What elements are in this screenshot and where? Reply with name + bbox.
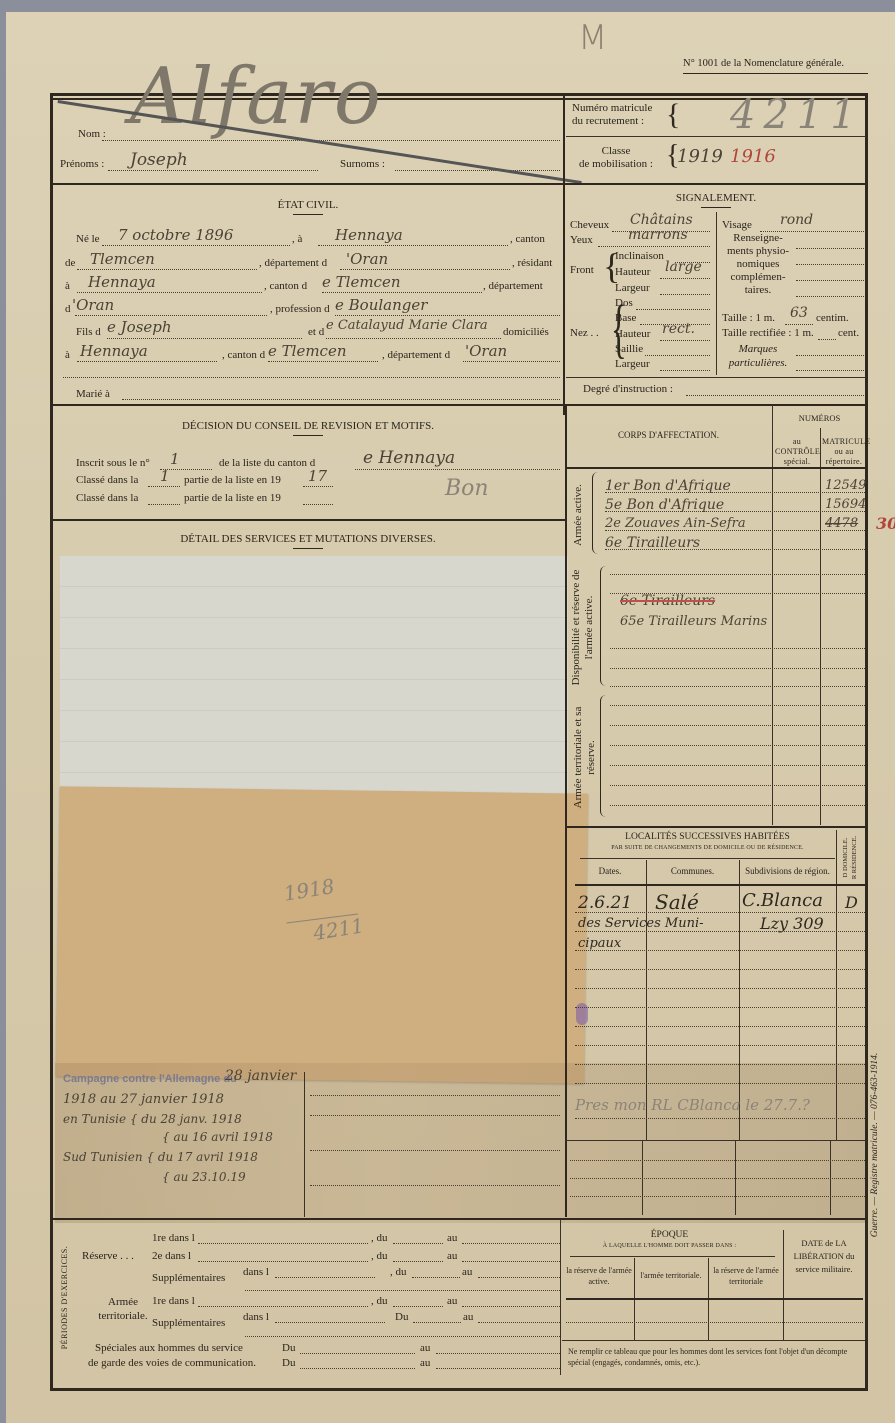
signalement-title: SIGNALEMENT. xyxy=(566,192,866,208)
nomenclature-label: N° 1001 de la Nomenclature générale. xyxy=(683,58,844,69)
du-field[interactable] xyxy=(393,1261,443,1262)
profession-value: e Boulanger xyxy=(335,296,427,314)
dr-header: D DOMICILE. R RÉSIDENCE. xyxy=(841,835,859,880)
reserve-corps-0: 6e Tirailleurs xyxy=(620,593,715,609)
ne-le-value: 7 octobre 1896 xyxy=(118,226,233,244)
degre-field[interactable] xyxy=(686,395,864,396)
degre-rule xyxy=(566,377,866,378)
localites-row-rule xyxy=(575,1083,865,1084)
res-dept-label: , département xyxy=(483,280,543,292)
surnoms-field[interactable] xyxy=(395,170,560,171)
reserve-deuxieme-field[interactable] xyxy=(198,1261,368,1262)
localites-row-rule xyxy=(575,950,865,951)
au-label: au xyxy=(463,1311,473,1323)
du-field[interactable] xyxy=(413,1322,461,1323)
decision-title: DÉCISION DU CONSEIL DE REVISION ET MOTIF… xyxy=(53,420,563,436)
reserve-corps-1: 65e Tirailleurs Marins xyxy=(620,614,767,629)
corps-row-rule xyxy=(610,593,865,594)
corps-row-rule xyxy=(610,574,865,575)
campagne-line-0: 28 janvier xyxy=(225,1068,296,1084)
lieu-naissance-value: Hennaya xyxy=(335,226,403,244)
localites-row-rule xyxy=(575,969,865,970)
campagne-line-2: en Tunisie { du 28 janv. 1918 xyxy=(63,1112,242,1126)
dept-label: , département d xyxy=(259,257,327,269)
speciales-label-2: de garde des voies de communication. xyxy=(88,1357,256,1369)
armee-terr-label: Armée territoriale. xyxy=(88,1295,158,1323)
services-title: DÉTAIL DES SERVICES ET MUTATIONS DIVERSE… xyxy=(53,533,563,549)
campagne-line-3: { au 16 avril 1918 xyxy=(162,1130,273,1144)
active-matricule-2-red: 30 xyxy=(876,514,895,533)
classe1-value: 1 xyxy=(160,467,170,485)
services-field[interactable] xyxy=(310,1095,560,1096)
pere-value: e Joseph xyxy=(107,318,172,336)
speciales-label-1: Spéciales aux hommes du service xyxy=(95,1342,243,1354)
campagne-line-1: 1918 au 27 janvier 1918 xyxy=(63,1092,224,1107)
du-field[interactable] xyxy=(300,1353,415,1354)
section-rule xyxy=(53,519,565,521)
res-canton-field[interactable] xyxy=(322,292,482,293)
localites-row-rule xyxy=(575,1007,865,1008)
supp-dans-label: dans l xyxy=(243,1266,269,1278)
epoque-title: ÉPOQUE xyxy=(562,1230,777,1240)
localites-row-rule xyxy=(575,1045,865,1046)
section-rule xyxy=(53,404,865,406)
corps-row-rule xyxy=(605,511,865,512)
reserve-label: Réserve . . . xyxy=(82,1250,134,1262)
dom-canton-field[interactable] xyxy=(268,361,378,362)
bracket-icon xyxy=(600,695,607,817)
attached-note-handwritten xyxy=(60,556,568,814)
au-field[interactable] xyxy=(436,1368,560,1369)
canton-de-label: de xyxy=(65,257,75,269)
front-hauteur-field[interactable] xyxy=(660,278,710,279)
taille-value: 63 xyxy=(790,305,808,321)
localites-header-rule xyxy=(575,884,865,886)
epoque-subtitle-rule xyxy=(570,1256,775,1257)
corps-row-rule xyxy=(610,785,865,786)
nez-hauteur-field[interactable] xyxy=(660,340,710,341)
dept-value: 'Oran xyxy=(346,250,388,268)
reserve-premier-field[interactable] xyxy=(198,1243,368,1244)
nez-hauteur-label: Hauteur xyxy=(615,328,650,340)
matricule-header: MATRICULE ou au répertoire. xyxy=(822,437,866,467)
localites-row-rule xyxy=(570,1196,865,1197)
bracket-icon xyxy=(600,566,607,686)
corps-row-rule xyxy=(605,492,865,493)
date-col-divider xyxy=(783,1230,784,1340)
dom-value: Hennaya xyxy=(80,342,148,360)
archive-mark: M xyxy=(578,18,607,58)
attached-note-year: 1918 xyxy=(282,874,336,906)
footer-imprint: Guerre. — Registre matricule. — 076-463-… xyxy=(870,980,880,1310)
inscrit-label: Inscrit sous le n° xyxy=(76,457,150,469)
pere-field[interactable] xyxy=(107,338,302,339)
mere-value: e Catalayud Marie Clara xyxy=(326,318,488,333)
taille-label: Taille : 1 m. xyxy=(722,312,775,324)
corps-row-rule xyxy=(610,668,865,669)
localites-row-rule xyxy=(575,1064,865,1065)
du-field[interactable] xyxy=(393,1243,443,1244)
liste-canton-label: de la liste du canton d xyxy=(219,457,315,469)
exercices-side-label: PÉRIODES D'EXERCICES. xyxy=(60,1230,69,1365)
classe1-field[interactable] xyxy=(148,486,180,487)
terr-premier-field[interactable] xyxy=(198,1306,368,1307)
prenoms-field[interactable] xyxy=(108,170,318,171)
epoque-col3: la réserve de l'armée territoriale xyxy=(710,1265,782,1287)
localite-date-2: cipaux xyxy=(578,936,621,951)
services-field[interactable] xyxy=(310,1185,560,1186)
nez-largeur-field[interactable] xyxy=(660,370,710,371)
corps-row-rule xyxy=(610,705,865,706)
etat-civil-title: ÉTAT CIVIL. xyxy=(53,199,563,215)
localites-subtitle: PAR SUITE DE CHANGEMENTS DE DOMICILE OU … xyxy=(580,845,835,851)
localite-commune-0: Salé xyxy=(655,890,699,914)
liste-canton-field[interactable] xyxy=(355,469,560,470)
corps-row-rule xyxy=(605,530,865,531)
front-inclinaison-label: Inclinaison xyxy=(615,250,664,262)
matricule-label: Numéro matricule du recrutement : xyxy=(572,102,652,128)
nom-value: Alfaro xyxy=(130,52,383,142)
localites-top-rule xyxy=(566,826,866,828)
nez-dos-label: Dos xyxy=(615,297,633,309)
terr-supplementaires: Supplémentaires xyxy=(152,1317,225,1329)
cheveux-label: Cheveux xyxy=(570,219,609,231)
yeux-label: Yeux xyxy=(570,234,593,246)
classe-value-red: 1916 xyxy=(730,146,776,167)
res-canton-label: , canton d xyxy=(264,280,307,292)
renseignements-field-1[interactable] xyxy=(796,248,864,249)
epoque-col1: la réserve de l'armée active. xyxy=(566,1265,632,1287)
epoque-header-rule xyxy=(566,1298,863,1300)
du-label: Du xyxy=(395,1311,408,1323)
corps-row-rule xyxy=(605,549,865,550)
date-header: DATE de LA LIBÉRATION du service militai… xyxy=(785,1237,863,1276)
epoque-note: Ne remplir ce tableau que pour les homme… xyxy=(568,1346,863,1368)
right-column-divider xyxy=(565,405,567,1217)
du-label: , du xyxy=(390,1266,407,1278)
marques-label: Marques particulières. xyxy=(722,342,794,370)
nomenclature-rule xyxy=(683,73,868,74)
reserve-deuxieme: 2e dans l xyxy=(152,1250,191,1262)
signalement-divider xyxy=(716,212,717,375)
corps-header-rule xyxy=(566,467,866,469)
visage-value: rond xyxy=(780,212,813,228)
localites-tear xyxy=(565,1140,865,1141)
classe1-year-field[interactable] xyxy=(303,486,333,487)
dept-field[interactable] xyxy=(340,269,510,270)
nez-label: Nez . . xyxy=(570,327,599,339)
renseignements-field-4[interactable] xyxy=(796,296,864,297)
au-label: au xyxy=(447,1232,457,1244)
au-label: au xyxy=(447,1295,457,1307)
reserve-premier: 1re dans l xyxy=(152,1232,195,1244)
prenoms-label: Prénoms : xyxy=(60,158,104,170)
identity-divider xyxy=(563,95,565,415)
epoque-col2: l'armée territoriale. xyxy=(636,1270,706,1281)
marie-field[interactable] xyxy=(122,399,560,400)
au-label: au xyxy=(447,1250,457,1262)
dom-dept-label: , département d xyxy=(382,349,450,361)
exercices-top-rule xyxy=(53,1218,865,1220)
decision-value: Bon xyxy=(445,476,489,501)
classe1-year: 17 xyxy=(308,467,327,485)
au-field[interactable] xyxy=(478,1277,560,1278)
nom-label: Nom : xyxy=(78,128,106,140)
au-field[interactable] xyxy=(462,1261,560,1262)
nom-field[interactable] xyxy=(102,140,560,141)
territoriale-label: Armée territoriale et sa réserve. xyxy=(572,695,598,820)
campagne-stamp: Campagne contre l'Allemagne du xyxy=(63,1073,237,1085)
taille-rect-label: Taille rectifiée : 1 m. xyxy=(722,327,814,339)
controle-header: au CONTRÔLE spécial. xyxy=(775,437,819,467)
dom-dept-value: 'Oran xyxy=(465,342,507,360)
nez-saillie-label: Saillie xyxy=(615,343,643,355)
nez-hauteur-value: rect. xyxy=(662,321,695,337)
classe-value: 1919 xyxy=(677,146,723,167)
profession-label: , profession d xyxy=(270,303,330,315)
renseignements-field-3[interactable] xyxy=(796,280,864,281)
front-label: Front xyxy=(570,264,594,276)
corps-row-rule xyxy=(610,805,865,806)
inscrit-value: 1 xyxy=(170,450,180,468)
attached-note-tan: 1918 4211 xyxy=(56,786,588,1083)
localite-date-1: des Services Muni- xyxy=(578,916,704,931)
nez-dos-field[interactable] xyxy=(636,309,710,310)
armee-active-label: Armée active. xyxy=(572,470,584,560)
terr-premier: 1re dans l xyxy=(152,1295,195,1307)
corps-row-rule xyxy=(610,745,865,746)
brace-icon: { xyxy=(666,98,680,132)
section-rule xyxy=(53,183,865,185)
residence-a-label: à xyxy=(65,280,70,292)
front-largeur-field[interactable] xyxy=(660,294,710,295)
du-label: Du xyxy=(282,1342,295,1354)
epoque-field[interactable] xyxy=(566,1322,863,1323)
res-dept-d-label: d xyxy=(65,303,71,315)
col-communes: Communes. xyxy=(647,866,738,876)
localites-row-rule xyxy=(575,1118,865,1119)
bracket-icon xyxy=(592,472,599,554)
supp-dans-label: dans l xyxy=(243,1311,269,1323)
classe1-label: Classé dans la xyxy=(76,474,138,486)
services-field[interactable] xyxy=(310,1150,560,1151)
liste-canton-value: e Hennaya xyxy=(363,448,455,468)
classe2-suffix: partie de la liste en 19 xyxy=(184,492,281,504)
campagne-line-5: { au 23.10.19 xyxy=(162,1170,246,1184)
localites-title: LOCALITÉS SUCCESSIVES HABITÉES xyxy=(580,832,835,842)
canton-label: , canton xyxy=(510,233,545,245)
active-matricule-1: 15694 xyxy=(825,497,866,512)
du-label: , du xyxy=(371,1295,388,1307)
active-corps-2: 2e Zouaves Ain-Sefra xyxy=(605,516,746,531)
epoque-note-rule xyxy=(562,1340,865,1341)
localites-row-rule xyxy=(575,912,865,913)
front-hauteur-label: Hauteur xyxy=(615,266,650,278)
du-label: , du xyxy=(371,1232,388,1244)
residence-value: Hennaya xyxy=(88,273,156,291)
services-field[interactable] xyxy=(310,1115,560,1116)
classe2-field[interactable] xyxy=(148,504,180,505)
matricule-value: 4211 xyxy=(730,92,864,138)
classe1-suffix: partie de la liste en 19 xyxy=(184,474,281,486)
localites-subtitle-rule xyxy=(580,858,835,859)
front-hauteur-value: large xyxy=(665,259,702,275)
epoque-divider xyxy=(560,1220,561,1375)
mere-field[interactable] xyxy=(326,338,501,339)
localite-subdivision-0: C.Blanca xyxy=(742,890,823,911)
localites-row-rule xyxy=(575,988,865,989)
cheveux-value: Châtains xyxy=(630,212,693,228)
dom-dept-field[interactable] xyxy=(463,361,560,362)
dr-col-divider xyxy=(836,830,837,1140)
et-de-label: et d xyxy=(308,326,324,338)
reserve-supplementaires: Supplémentaires xyxy=(152,1272,225,1284)
fils-label: Fils d xyxy=(76,326,101,338)
au-field[interactable] xyxy=(478,1322,560,1323)
renseignements-label: Renseigne- ments physio- nomiques complé… xyxy=(722,232,794,297)
residence-field[interactable] xyxy=(77,292,262,293)
nez-base-label: Base xyxy=(615,312,636,324)
ne-le-field[interactable] xyxy=(102,245,290,246)
localite-pencil-note: Pres mon RL CBlanca le 27.7.? xyxy=(575,1096,810,1114)
classe2-label: Classé dans la xyxy=(76,492,138,504)
canton-value: Tlemcen xyxy=(90,250,155,268)
du-label: , du xyxy=(371,1250,388,1262)
localites-row-rule xyxy=(570,1178,865,1179)
ne-le-label: Né le xyxy=(76,233,100,245)
localites-row-rule xyxy=(575,1026,865,1027)
localite-dr-0: D xyxy=(845,893,858,912)
active-matricule-2: 4478 xyxy=(825,516,858,531)
corps-header: CORPS D'AFFECTATION. xyxy=(566,430,771,440)
taille-rect-unit: cent. xyxy=(838,327,859,339)
corps-row-rule xyxy=(610,648,865,649)
corps-row-rule xyxy=(610,725,865,726)
marques-field-2[interactable] xyxy=(796,370,864,371)
dom-canton-value: e Tlemcen xyxy=(268,342,347,360)
a-label: , à xyxy=(292,233,302,245)
au-field[interactable] xyxy=(462,1243,560,1244)
au-label: au xyxy=(420,1357,430,1369)
nez-saillie-field[interactable] xyxy=(645,355,710,356)
supp-dans-field[interactable] xyxy=(275,1277,375,1278)
visage-label: Visage xyxy=(722,219,752,231)
nez-largeur-label: Largeur xyxy=(615,358,650,370)
disponibilite-label: Disponibilité et réserve de l'armée acti… xyxy=(570,565,596,690)
du-field[interactable] xyxy=(300,1368,415,1369)
marques-field-1[interactable] xyxy=(796,355,864,356)
active-matricule-0: 12549 xyxy=(825,478,866,493)
supp-dans-field[interactable] xyxy=(275,1322,385,1323)
marie-label: Marié à xyxy=(76,388,110,400)
domicilies-label: domiciliés xyxy=(503,326,549,338)
supp-extra-field[interactable] xyxy=(245,1336,560,1337)
dom-a-label: à xyxy=(65,349,70,361)
supp-extra-field[interactable] xyxy=(245,1290,560,1291)
res-dept-value: 'Oran xyxy=(72,296,114,314)
services-col-divider xyxy=(304,1072,305,1217)
localites-row-rule xyxy=(570,1160,865,1161)
localites-row-rule xyxy=(575,931,865,932)
res-dept-field[interactable] xyxy=(75,315,267,316)
au-field[interactable] xyxy=(462,1306,560,1307)
matricule-rule xyxy=(566,136,866,137)
au-label: au xyxy=(420,1342,430,1354)
corps-row-rule xyxy=(610,765,865,766)
surnoms-label: Surnoms : xyxy=(340,158,385,170)
res-canton-value: e Tlemcen xyxy=(322,273,401,291)
campagne-line-4: Sud Tunisien { du 17 avril 1918 xyxy=(63,1150,258,1164)
taille-unit: centim. xyxy=(816,312,849,324)
classe2-year-field[interactable] xyxy=(303,504,333,505)
numeros-header: NUMÉROS xyxy=(773,413,866,423)
col-dates: Dates. xyxy=(575,866,645,876)
du-label: Du xyxy=(282,1357,295,1369)
degre-label: Degré d'instruction : xyxy=(583,383,673,395)
col-subdivisions: Subdivisions de région. xyxy=(740,866,835,876)
profession-field[interactable] xyxy=(335,315,560,316)
dom-field[interactable] xyxy=(77,361,217,362)
lieu-naissance-field[interactable] xyxy=(318,245,508,246)
au-label: au xyxy=(462,1266,472,1278)
epoque-subtitle: À LAQUELLE L'HOMME DOIT PASSER DANS : xyxy=(562,1243,777,1249)
residant-label: , résidant xyxy=(512,257,552,269)
renseignements-field-2[interactable] xyxy=(796,264,864,265)
yeux-value: marrons xyxy=(628,227,688,243)
canton-field[interactable] xyxy=(77,269,257,270)
prenoms-value: Joseph xyxy=(130,150,188,170)
au-field[interactable] xyxy=(436,1353,560,1354)
corps-row-rule xyxy=(610,686,865,687)
taille-field[interactable] xyxy=(785,324,813,325)
classe-label: Classe de mobilisation : xyxy=(572,145,660,171)
taille-rect-field[interactable] xyxy=(818,339,836,340)
extra-field[interactable] xyxy=(63,377,560,378)
dom-canton-label: , canton d xyxy=(222,349,265,361)
du-field[interactable] xyxy=(412,1277,460,1278)
localite-date-0: 2.6.21 xyxy=(578,893,632,913)
du-field[interactable] xyxy=(393,1306,443,1307)
